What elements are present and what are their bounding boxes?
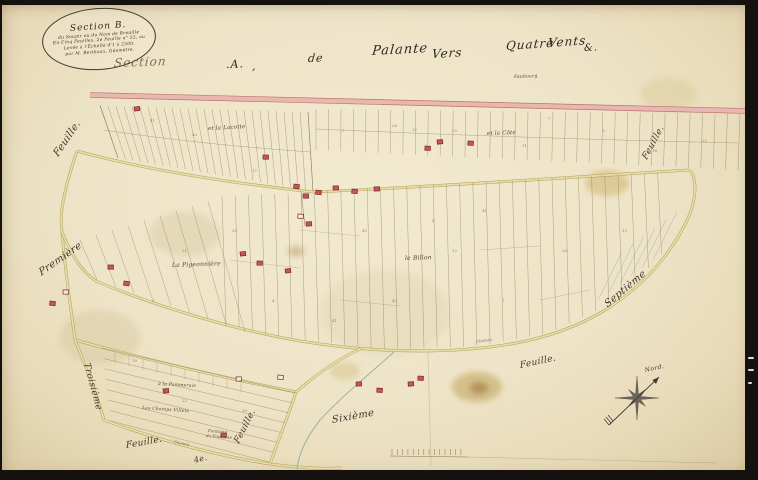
building: [356, 382, 362, 386]
parcel-line: [480, 246, 540, 250]
scan-edge-top: [0, 0, 758, 5]
building: [333, 186, 339, 190]
parcel-line: [116, 106, 133, 160]
building: [63, 290, 69, 294]
parcel-line: [477, 111, 478, 158]
parcel-line: [314, 192, 318, 342]
parcel-number: 15: [622, 228, 628, 233]
route-fill: [90, 95, 747, 111]
film-edge-mark: [748, 357, 754, 359]
parcel-number: 43: [192, 132, 198, 137]
parcel-number: 22: [702, 138, 708, 143]
parcel-line: [738, 114, 740, 170]
building: [374, 187, 380, 191]
parcel-line: [440, 110, 441, 155]
parcel-number: 7: [502, 298, 505, 303]
parcel-line: [526, 180, 530, 337]
building: [278, 375, 284, 380]
road-edge: [296, 348, 362, 392]
building: [298, 214, 304, 219]
parcel-line: [102, 348, 296, 393]
scale-baseline-ext: [468, 457, 716, 463]
film-edge-mark: [748, 369, 754, 371]
parcel-line: [453, 111, 454, 157]
parcel-number: 18: [132, 358, 138, 363]
parcel-line: [564, 112, 565, 162]
building: [437, 140, 443, 145]
stream: [297, 352, 394, 469]
building: [418, 376, 424, 380]
road-fill: [77, 151, 689, 192]
parcel-line: [104, 130, 310, 152]
parcel-line: [539, 112, 540, 161]
parcel-line: [578, 177, 582, 317]
parcel-line: [288, 193, 292, 338]
building: [408, 382, 414, 387]
parcel-line-blue: [653, 212, 677, 260]
parcel-line: [589, 112, 590, 163]
banner-word-vents: Vents: [548, 33, 587, 50]
parcel-line: [726, 114, 728, 170]
parcel-line: [284, 111, 291, 187]
parcel-line: [540, 290, 590, 300]
parcel-number: 7: [342, 128, 345, 133]
parcel-line: [552, 112, 553, 161]
compass-rose-icon: [604, 376, 659, 425]
building: [123, 281, 129, 286]
road-edge: [62, 176, 695, 351]
parcel-line: [228, 110, 238, 179]
film-edge-mark: [748, 382, 752, 384]
parcel-number: 12: [252, 168, 258, 173]
parcel-line: [316, 129, 738, 143]
parcel-line: [100, 106, 118, 158]
parcel-line: [172, 108, 186, 169]
parcel-line: [552, 178, 556, 330]
parcel-number: 4: [432, 218, 435, 223]
scan-edge-left: [0, 0, 2, 480]
parcel-line: [300, 112, 306, 190]
parcel-line: [499, 181, 503, 341]
parcel-line: [407, 186, 411, 348]
building: [50, 301, 56, 306]
road-fill: [62, 176, 695, 351]
banner-word-de: de: [307, 51, 324, 65]
parcel-line: [592, 176, 596, 310]
building: [285, 268, 291, 273]
parcel-line: [292, 112, 298, 189]
parcel-line: [140, 107, 156, 164]
building: [263, 155, 269, 159]
parcel-number: 31: [182, 248, 187, 253]
parcel-number: 26: [562, 248, 568, 253]
paper-crease: [428, 352, 431, 466]
parcel-line: [188, 109, 201, 172]
parcel-number: 12: [412, 127, 418, 132]
building: [303, 194, 309, 198]
parcel-line: [676, 113, 678, 167]
parcel-line: [341, 190, 345, 345]
parcel-line: [465, 111, 466, 157]
parcel-line: [235, 196, 239, 327]
parcel-number: 9: [602, 128, 605, 133]
parcel-line: [460, 184, 464, 348]
banner-word-comma: ,: [252, 60, 257, 73]
parcel-line: [260, 111, 268, 184]
parcel-line: [96, 235, 116, 286]
parcel-number: 31: [522, 143, 527, 148]
parcel-line: [164, 108, 178, 168]
parcel-line: [268, 111, 276, 185]
parcel-number: 12: [452, 248, 458, 253]
parcel-line: [380, 188, 384, 349]
building: [468, 141, 474, 145]
building: [108, 265, 114, 269]
parcel-line: [639, 113, 641, 165]
building: [306, 222, 312, 227]
scale-baseline: [390, 456, 468, 457]
parcel-line: [664, 113, 666, 166]
banner-word-vers: Vers: [431, 45, 463, 61]
parcel-line: [688, 113, 690, 167]
label-billon: le Billon: [405, 254, 432, 262]
parcel-line: [658, 173, 662, 254]
label-faubourg: Faubourg: [514, 74, 538, 80]
parcel-line: [512, 181, 516, 339]
banner-word-a: .A.: [226, 57, 244, 71]
building: [293, 184, 299, 189]
label-cote: et la Côte: [487, 130, 516, 137]
parcel-line: [112, 230, 134, 293]
parcel-line: [614, 113, 615, 165]
banner-word-palante: Palante: [371, 41, 428, 59]
parcel-line: [713, 114, 715, 169]
building: [316, 190, 322, 195]
parcel-line: [300, 230, 360, 236]
parcel-line: [180, 108, 193, 170]
map-drawing: 4143127261531918223544143127261531918223…: [0, 0, 758, 480]
parcel-number: 41: [332, 318, 337, 323]
compass-needle: [609, 377, 659, 425]
building: [377, 388, 383, 393]
parcel-line: [486, 182, 490, 343]
parcel-line: [433, 185, 437, 348]
parcel-number: 41: [482, 208, 487, 213]
parcel-number: 15: [452, 128, 458, 133]
buildings: [50, 106, 474, 437]
parcel-line: [103, 358, 292, 402]
parcel-line: [276, 111, 283, 186]
building: [134, 106, 140, 111]
parcel-line: [473, 183, 477, 346]
parcel-line: [248, 195, 252, 330]
map-scan: 4143127261531918223544143127261531918223…: [0, 0, 758, 480]
scan-edge-right: [745, 0, 758, 480]
banner-word-section: Section: [113, 54, 167, 70]
parcel-number: 41: [150, 118, 155, 123]
parcel-line: [367, 189, 371, 348]
parcel-number: 7: [548, 116, 551, 121]
parcel-number: 26: [392, 123, 398, 128]
parcel-line: [196, 109, 208, 173]
parcel-number: 43: [392, 298, 398, 303]
parcel-line: [328, 191, 332, 343]
building: [425, 146, 431, 150]
parcel-line: [394, 187, 398, 348]
parcel-line: [144, 221, 171, 307]
parcel-line: [539, 179, 543, 334]
parcel-number: 4: [272, 298, 275, 303]
parcel-line: [626, 113, 627, 165]
compass-arrowhead: [653, 377, 660, 384]
parcel-line: [420, 186, 424, 348]
parcel-line: [308, 112, 313, 191]
parcel-line: [236, 110, 246, 180]
parcel-line: [230, 260, 300, 268]
parcel-line: [644, 173, 648, 267]
parcel-line: [577, 112, 578, 162]
parcel-line: [527, 112, 528, 161]
parcel-line: [222, 197, 226, 324]
parcel-line-blue: [631, 228, 655, 276]
scan-edge-bottom: [0, 470, 758, 480]
building: [240, 251, 246, 256]
parcel-line: [354, 189, 358, 346]
parcel-number: 35: [232, 228, 238, 233]
parcel-line: [601, 112, 602, 163]
building: [163, 389, 169, 394]
parcel-number: 22: [182, 398, 188, 403]
building: [257, 261, 263, 265]
parcel-line: [446, 184, 450, 347]
banner-word-etc: &.: [584, 42, 599, 54]
parcel-line: [618, 175, 622, 294]
building: [352, 189, 358, 194]
parcel-number: 43: [362, 228, 368, 233]
parcel-line: [631, 174, 635, 281]
scale-bar: [390, 449, 716, 463]
building: [236, 377, 242, 381]
